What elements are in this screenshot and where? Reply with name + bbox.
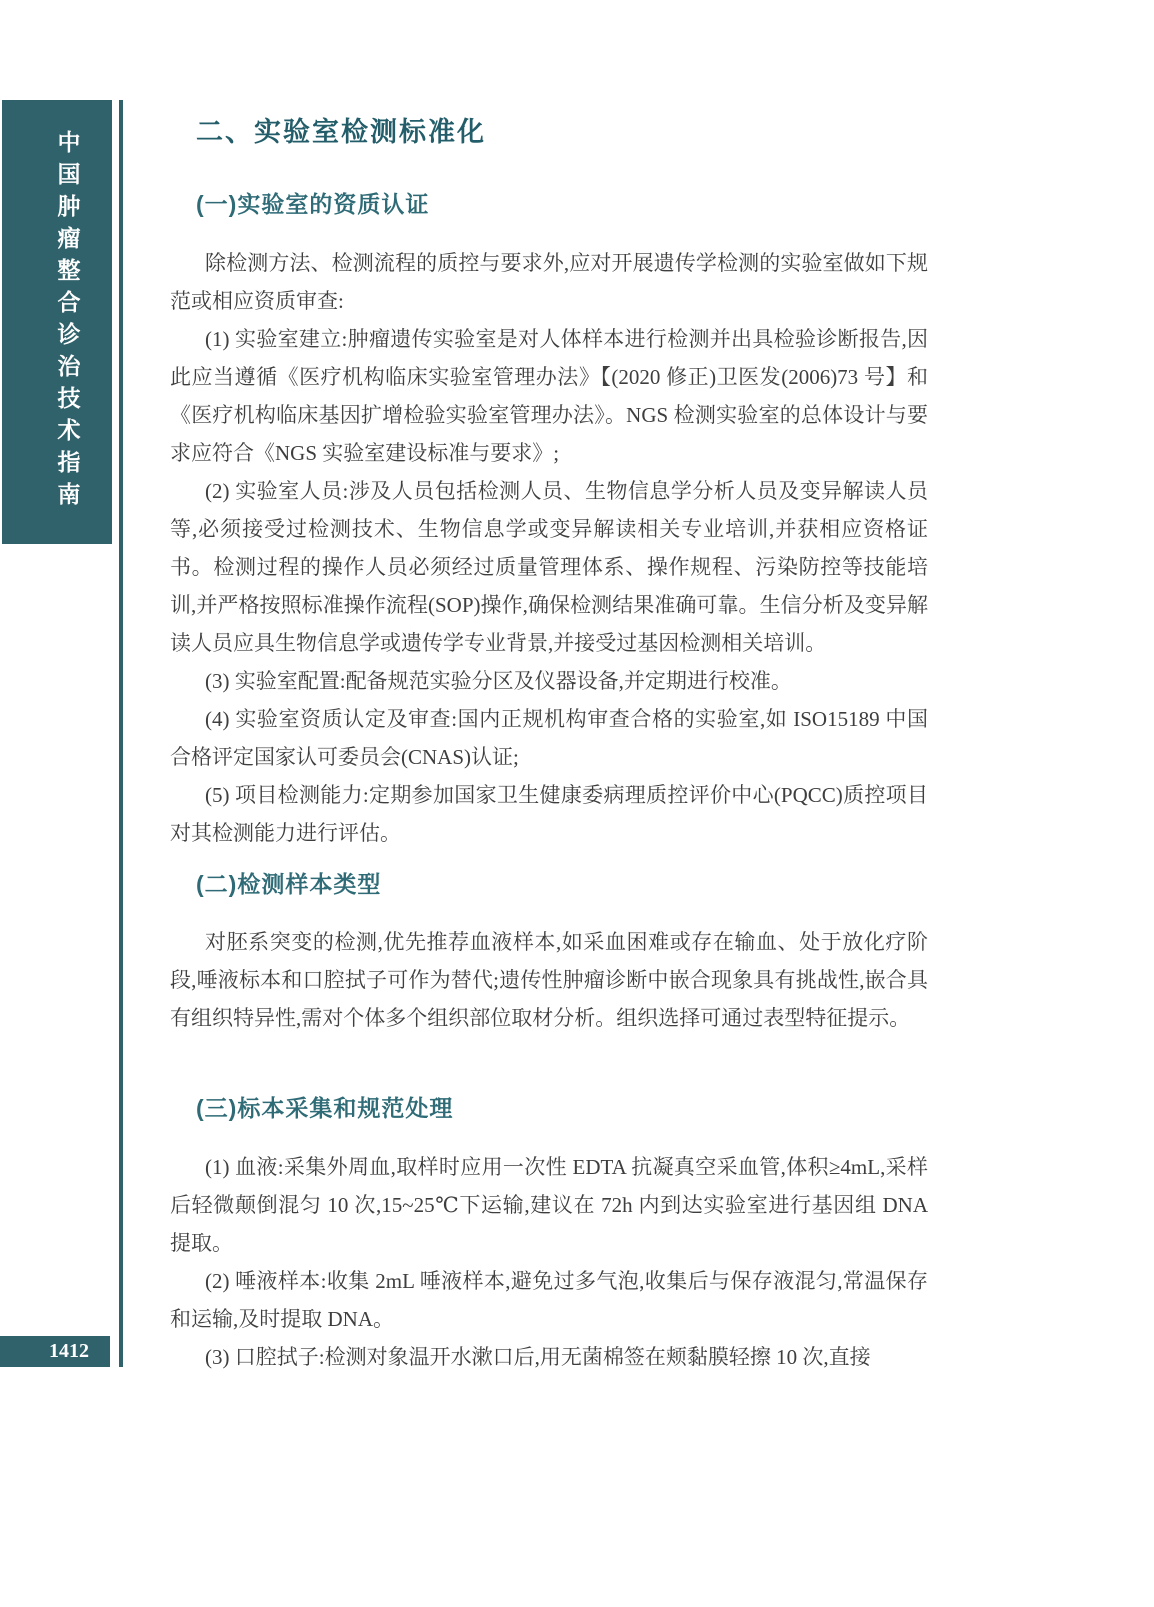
paragraph: 除检测方法、检测流程的质控与要求外,应对开展遗传学检测的实验室做如下规范或相应资…	[170, 244, 928, 320]
paragraph: (2) 实验室人员:涉及人员包括检测人员、生物信息学分析人员及变异解读人员等,必…	[170, 472, 928, 662]
chapter-heading: 二、实验室检测标准化	[196, 110, 486, 149]
paragraph: (1) 实验室建立:肿瘤遗传实验室是对人体样本进行检测并出具检验诊断报告,因此应…	[170, 320, 928, 472]
paragraph: (5) 项目检测能力:定期参加国家卫生健康委病理质控评价中心(PQCC)质控项目…	[170, 776, 928, 852]
section-heading-specimen-collection: (三)标本采集和规范处理	[196, 1090, 453, 1123]
content-area: 二、实验室检测标准化 (一)实验室的资质认证 除检测方法、检测流程的质控与要求外…	[0, 0, 1154, 1607]
section-body-specimen-collection: (1) 血液:采集外周血,取样时应用一次性 EDTA 抗凝真空采血管,体积≥4m…	[170, 1148, 928, 1376]
book-page: 中国肿瘤整合诊治技术指南 1412 二、实验室检测标准化 (一)实验室的资质认证…	[0, 0, 1154, 1607]
paragraph: (1) 血液:采集外周血,取样时应用一次性 EDTA 抗凝真空采血管,体积≥4m…	[170, 1148, 928, 1262]
paragraph: (3) 实验室配置:配备规范实验分区及仪器设备,并定期进行校准。	[170, 662, 928, 700]
section-heading-lab-qualification: (一)实验室的资质认证	[196, 186, 429, 219]
section-heading-sample-types: (二)检测样本类型	[196, 866, 381, 899]
paragraph: 对胚系突变的检测,优先推荐血液样本,如采血困难或存在输血、处于放化疗阶段,唾液标…	[170, 923, 928, 1037]
section-body-sample-types: 对胚系突变的检测,优先推荐血液样本,如采血困难或存在输血、处于放化疗阶段,唾液标…	[170, 923, 928, 1037]
paragraph: (3) 口腔拭子:检测对象温开水漱口后,用无菌棉签在颊黏膜轻擦 10 次,直接	[170, 1338, 928, 1376]
paragraph: (2) 唾液样本:收集 2mL 唾液样本,避免过多气泡,收集后与保存液混匀,常温…	[170, 1262, 928, 1338]
section-body-lab-qualification: 除检测方法、检测流程的质控与要求外,应对开展遗传学检测的实验室做如下规范或相应资…	[170, 244, 928, 852]
paragraph: (4) 实验室资质认定及审查:国内正规机构审查合格的实验室,如 ISO15189…	[170, 700, 928, 776]
